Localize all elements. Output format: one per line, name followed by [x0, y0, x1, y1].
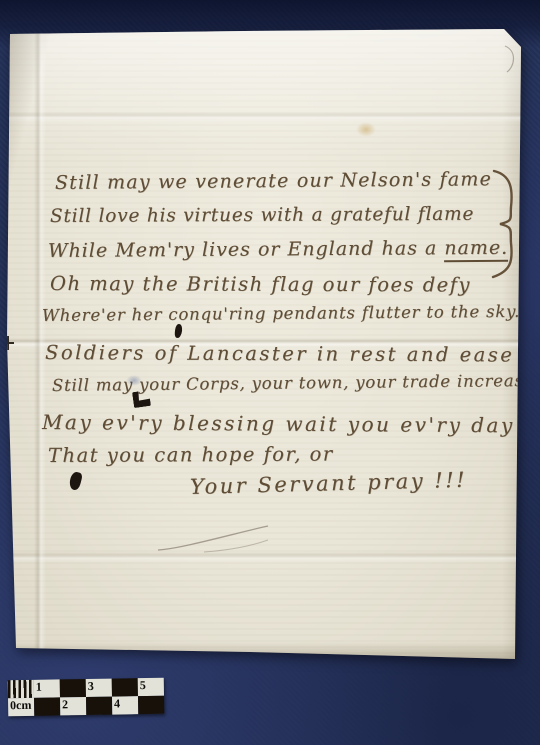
scale-bar-mm-cell — [8, 680, 34, 698]
letter-line-7: Still may your Corps, your town, your tr… — [52, 371, 534, 395]
pen-flourish — [154, 520, 276, 556]
scale-bar-unit-label: 0cm — [10, 699, 32, 712]
scale-bar-cell — [86, 697, 112, 715]
edge-crease-mark-stroke — [7, 336, 9, 350]
scale-bar-cell: 4 — [112, 696, 138, 714]
letter-line-9: That you can hope for, or — [48, 443, 334, 467]
letter-paper-wrap: Still may we venerate our Nelson's fame … — [4, 28, 528, 664]
ink-blot — [68, 471, 83, 491]
scale-bar-label: 2 — [62, 698, 68, 711]
scale-bar-cell: 2 — [60, 697, 86, 715]
edge-crease-mark — [2, 336, 14, 350]
scale-bar-cell — [112, 678, 138, 696]
scale-bar-cell: 1 — [34, 679, 60, 697]
letter-line-4: Oh may the British flag our foes defy — [50, 272, 471, 296]
ink-smudge — [126, 375, 142, 386]
scale-bar: 1 3 5 0cm 2 4 — [8, 678, 165, 716]
scale-bar-label: 1 — [36, 681, 42, 694]
letter-line-3-text: While Mem'ry lives or England has a — [48, 237, 444, 262]
letter-line-5: Where'er her conqu'ring pendants flutter… — [42, 302, 520, 325]
scale-bar-cell — [60, 679, 86, 697]
scale-bar-bottom-row: 0cm 2 4 — [8, 696, 164, 716]
letter-closing-line: Your Servant pray !!! — [190, 468, 468, 499]
letter-paper: Still may we venerate our Nelson's fame … — [4, 28, 528, 664]
scale-bar-label: 4 — [114, 697, 120, 710]
letter-line-6: Soldiers of Lancaster in rest and ease — [45, 341, 514, 366]
letter-line-8: May ev'ry blessing wait you ev'ry day — [42, 410, 515, 437]
corner-pencil-mark — [502, 44, 522, 76]
scale-bar-label: 5 — [140, 679, 146, 692]
ink-blot — [174, 324, 182, 339]
scale-bar-cell — [34, 697, 60, 715]
letter-line-3: While Mem'ry lives or England has a name… — [48, 237, 508, 262]
scale-bar-cell: 5 — [138, 678, 164, 696]
scale-bar-cell: 3 — [86, 679, 112, 697]
rhyme-brace — [491, 168, 521, 280]
letter-line-1: Still may we venerate our Nelson's fame — [55, 168, 492, 194]
scale-bar-cell: 0cm — [8, 698, 34, 716]
photo-backdrop: Still may we venerate our Nelson's fame … — [0, 0, 540, 745]
paper-stain — [356, 122, 376, 137]
scale-bar-cell — [138, 696, 164, 714]
letter-line-2: Still love his virtues with a grateful f… — [50, 204, 474, 227]
scale-bar-label: 3 — [88, 680, 94, 693]
